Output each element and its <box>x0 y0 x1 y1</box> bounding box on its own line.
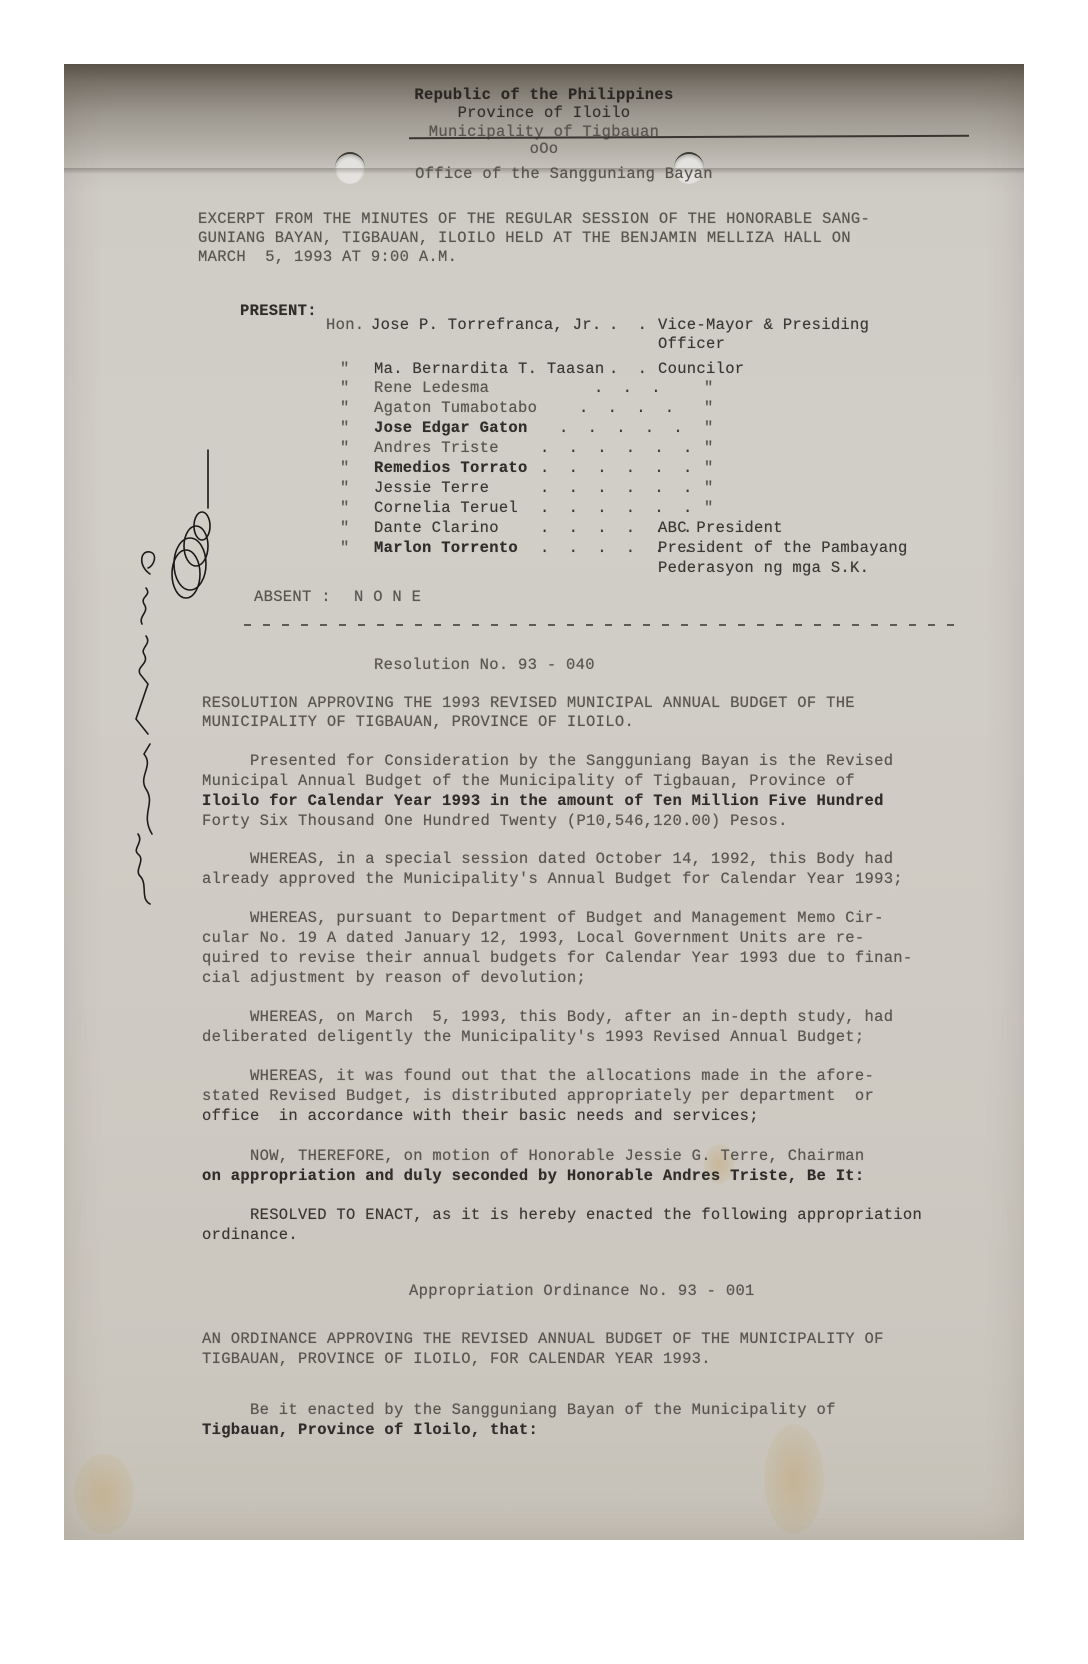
letterhead-province: Province of Iloilo <box>64 104 1024 123</box>
paragraph-line: deliberated deligently the Municipality'… <box>202 1028 865 1047</box>
member-prefix: Hon. <box>326 316 364 335</box>
paragraph-line: Forty Six Thousand One Hundred Twenty (P… <box>202 812 788 831</box>
ordinance-title-line-1: AN ORDINANCE APPROVING THE REVISED ANNUA… <box>202 1330 884 1349</box>
paragraph-line: cular No. 19 A dated January 12, 1993, L… <box>202 929 865 948</box>
member-position: " <box>704 419 714 438</box>
paragraph-line: NOW, THEREFORE, on motion of Honorable J… <box>202 1147 865 1166</box>
member-name: Andres Triste <box>374 439 499 458</box>
member-prefix: " <box>340 479 350 498</box>
member-position: " <box>704 479 714 498</box>
member-position: " <box>704 499 714 518</box>
resolution-title-line-1: RESOLUTION APPROVING THE 1993 REVISED MU… <box>202 694 855 713</box>
enacting-clause-line-2: Tigbauan, Province of Iloilo, that: <box>202 1421 538 1440</box>
handwritten-note <box>110 504 170 924</box>
member-prefix: " <box>340 539 350 558</box>
member-name: Jose P. Torrefranca, Jr. <box>371 316 601 335</box>
paragraph-line: RESOLVED TO ENACT, as it is hereby enact… <box>202 1206 922 1225</box>
member-name: Dante Clarino <box>374 519 499 538</box>
ordinance-title-line-2: TIGBAUAN, PROVINCE OF ILOILO, FOR CALEND… <box>202 1350 711 1369</box>
member-dots: . . . . <box>579 399 679 418</box>
member-dots: . . . . . <box>559 419 688 438</box>
member-dots: . . . . . . <box>540 499 697 518</box>
resolution-number: Resolution No. 93 - 040 <box>374 656 595 675</box>
member-dots: . . . . . . <box>540 459 697 478</box>
excerpt-line-2: GUNIANG BAYAN, TIGBAUAN, ILOILO HELD AT … <box>198 229 851 248</box>
paragraph-line: office in accordance with their basic ne… <box>202 1107 759 1126</box>
member-prefix: " <box>340 399 350 418</box>
paragraph-line: Municipal Annual Budget of the Municipal… <box>202 772 855 791</box>
absent-value: N O N E <box>354 588 421 607</box>
member-name: Jessie Terre <box>374 479 489 498</box>
letterhead-republic: Republic of the Philippines <box>64 86 1024 105</box>
member-position: Councilor <box>658 360 744 379</box>
member-position-cont: Pederasyon ng mga S.K. <box>658 559 869 578</box>
member-prefix: " <box>340 360 350 379</box>
paper-stain <box>764 1424 824 1534</box>
paper-stain <box>74 1454 134 1534</box>
paragraph-line: Presented for Consideration by the Sangg… <box>202 752 893 771</box>
paragraph-line: cial adjustment by reason of devolution; <box>202 969 586 988</box>
paragraph-line: on appropriation and duly seconded by Ho… <box>202 1167 865 1186</box>
member-prefix: " <box>340 379 350 398</box>
member-position: Vice-Mayor & Presiding <box>658 316 869 335</box>
ordinance-number: Appropriation Ordinance No. 93 - 001 <box>409 1282 755 1301</box>
member-position: ABC President <box>658 519 783 538</box>
paragraph-line: stated Revised Budget, is distributed ap… <box>202 1087 874 1106</box>
member-dots: . . . . . . <box>540 439 697 458</box>
signature <box>168 446 228 606</box>
member-position: " <box>704 399 714 418</box>
member-name: Jose Edgar Gaton <box>374 419 528 438</box>
member-name: Remedios Torrato <box>374 459 528 478</box>
paragraph-line: WHEREAS, on March 5, 1993, this Body, af… <box>202 1008 893 1027</box>
member-name: Agaton Tumabotabo <box>374 399 537 418</box>
office-title: Office of the Sangguniang Bayan <box>84 165 1044 184</box>
member-name: Marlon Torrento <box>374 539 518 558</box>
member-position-cont: Officer <box>658 335 725 354</box>
member-prefix: " <box>340 499 350 518</box>
paragraph-line: WHEREAS, pursuant to Department of Budge… <box>202 909 884 928</box>
member-dots: . . <box>609 360 652 379</box>
member-name: Ma. Bernardita T. Taasan <box>374 360 604 379</box>
paragraph-line: WHEREAS, in a special session dated Octo… <box>202 850 893 869</box>
member-prefix: " <box>340 519 350 538</box>
dashed-divider <box>244 624 964 626</box>
member-prefix: " <box>340 419 350 438</box>
member-position: " <box>704 459 714 478</box>
member-name: Rene Ledesma <box>374 379 489 398</box>
member-dots: . . . . . . <box>540 479 697 498</box>
paragraph-line: quired to revise their annual budgets fo… <box>202 949 913 968</box>
paragraph-line: WHEREAS, it was found out that the alloc… <box>202 1067 874 1086</box>
member-position: President of the Pambayang <box>658 539 908 558</box>
paragraph-line: Iloilo for Calendar Year 1993 in the amo… <box>202 792 884 811</box>
member-position: " <box>704 439 714 458</box>
member-prefix: " <box>340 459 350 478</box>
document-page: Republic of the Philippines Province of … <box>64 64 1024 1540</box>
letterhead-ornament: oOo <box>64 140 1024 159</box>
member-dots: . . <box>609 316 652 335</box>
present-label: PRESENT: <box>240 302 317 321</box>
member-dots: . . . <box>594 379 666 398</box>
enacting-clause-line-1: Be it enacted by the Sangguniang Bayan o… <box>202 1401 836 1420</box>
excerpt-line-3: MARCH 5, 1993 AT 9:00 A.M. <box>198 248 457 267</box>
member-name: Cornelia Teruel <box>374 499 518 518</box>
excerpt-line-1: EXCERPT FROM THE MINUTES OF THE REGULAR … <box>198 210 870 229</box>
member-position: " <box>704 379 714 398</box>
member-prefix: " <box>340 439 350 458</box>
absent-label: ABSENT : <box>254 588 331 607</box>
paragraph-line: already approved the Municipality's Annu… <box>202 870 903 889</box>
resolution-title-line-2: MUNICIPALITY OF TIGBAUAN, PROVINCE OF IL… <box>202 713 634 732</box>
paragraph-line: ordinance. <box>202 1226 298 1245</box>
